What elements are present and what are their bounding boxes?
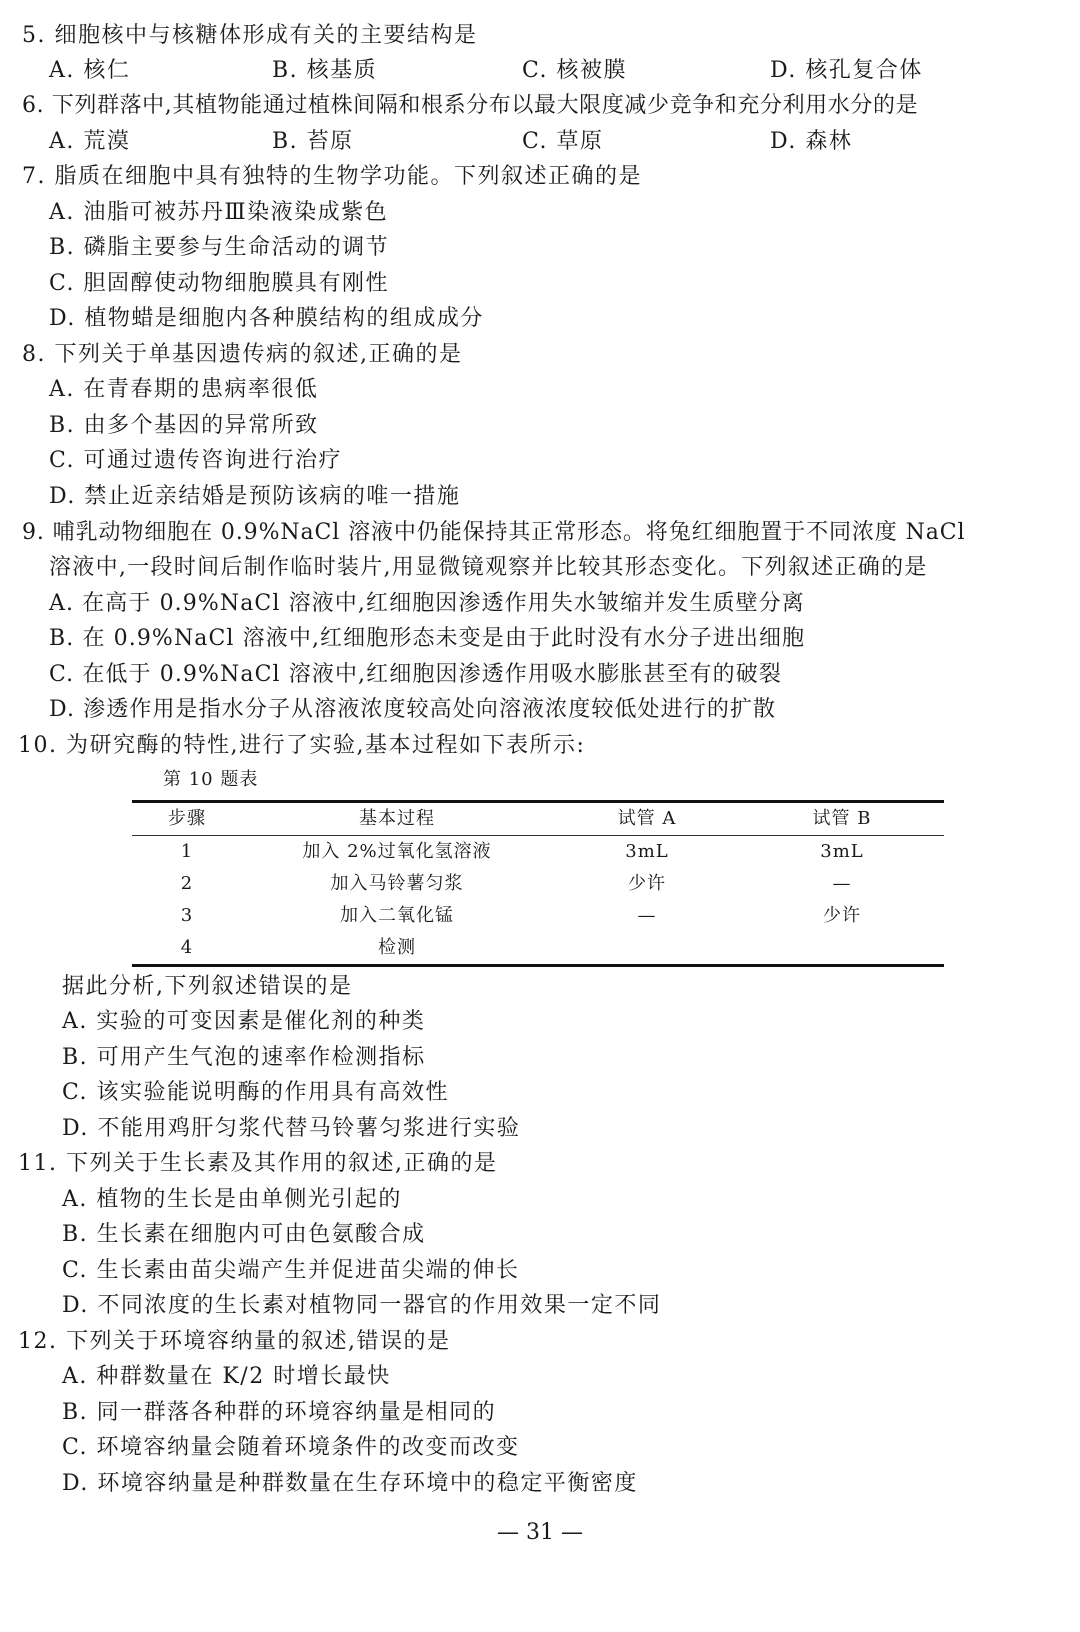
question-8-option-d: D. 禁止近亲结婚是预防该病的唯一措施 <box>49 482 460 512</box>
question-7-option-b: B. 磷脂主要参与生命活动的调节 <box>49 233 389 263</box>
question-11-option-d: D. 不同浓度的生长素对植物同一器官的作用效果一定不同 <box>62 1291 661 1321</box>
question-10-option-b: B. 可用产生气泡的速率作检测指标 <box>62 1043 426 1073</box>
exam-page: 5. 细胞核中与核糖体形成有关的主要结构是 A. 核仁 B. 核基质 C. 核被… <box>0 0 1080 1632</box>
option-c: C. 核被膜 <box>522 56 627 86</box>
question-11-option-b: B. 生长素在细胞内可由色氨酸合成 <box>62 1220 426 1250</box>
cell-process: 加入 2%过氧化氢溶液 <box>242 836 552 868</box>
question-8-option-b: B. 由多个基因的异常所致 <box>49 411 319 441</box>
question-9-stem-line-1: 9. 哺乳动物细胞在 0.9%NaCl 溶液中仍能保持其正常形态。将兔红细胞置于… <box>22 518 965 548</box>
table-header-row: 步骤 基本过程 试管 A 试管 B <box>132 803 944 835</box>
option-b: B. 核基质 <box>272 56 377 86</box>
question-5-stem: 5. 细胞核中与核糖体形成有关的主要结构是 <box>22 21 478 51</box>
cell-tube-b: 3mL <box>742 836 942 868</box>
table-caption: 第 10 题表 <box>163 768 258 792</box>
cell-process: 加入二氧化锰 <box>242 900 552 932</box>
option-b: B. 苔原 <box>272 127 354 157</box>
option-a: A. 荒漠 <box>49 127 130 157</box>
question-10-option-a: A. 实验的可变因素是催化剂的种类 <box>62 1007 425 1037</box>
question-7-option-d: D. 植物蜡是细胞内各种膜结构的组成成分 <box>49 304 484 334</box>
cell-step: 3 <box>132 900 242 932</box>
question-6-options: A. 荒漠 B. 苔原 C. 草原 D. 森林 <box>0 127 1080 157</box>
cell-tube-a: — <box>552 900 742 932</box>
question-12-stem: 12. 下列关于环境容纳量的叙述,错误的是 <box>18 1327 450 1357</box>
table-row: 4 检测 <box>132 932 944 964</box>
cell-process: 检测 <box>242 932 552 964</box>
page-number: — 31 — <box>0 1518 1080 1548</box>
question-7-option-a: A. 油脂可被苏丹Ⅲ染液染成紫色 <box>49 198 388 228</box>
table-row: 1 加入 2%过氧化氢溶液 3mL 3mL <box>132 836 944 868</box>
question-10-stem: 10. 为研究酶的特性,进行了实验,基本过程如下表所示: <box>18 731 585 761</box>
question-11-stem: 11. 下列关于生长素及其作用的叙述,正确的是 <box>18 1149 497 1179</box>
question-8-option-a: A. 在青春期的患病率很低 <box>49 375 318 405</box>
question-12-option-c: C. 环境容纳量会随着环境条件的改变而改变 <box>62 1433 520 1463</box>
option-d: D. 森林 <box>770 127 852 157</box>
table-row: 3 加入二氧化锰 — 少许 <box>132 900 944 932</box>
cell-process: 加入马铃薯匀浆 <box>242 868 552 900</box>
question-7-option-c: C. 胆固醇使动物细胞膜具有刚性 <box>49 269 389 299</box>
question-10-option-c: C. 该实验能说明酶的作用具有高效性 <box>62 1078 449 1108</box>
option-a: A. 核仁 <box>49 56 130 86</box>
question-8-stem: 8. 下列关于单基因遗传病的叙述,正确的是 <box>22 340 462 370</box>
option-c: C. 草原 <box>522 127 604 157</box>
question-10-sub-stem: 据此分析,下列叙述错误的是 <box>62 972 353 1002</box>
question-9-option-d: D. 渗透作用是指水分子从溶液浓度较高处向溶液浓度较低处进行的扩散 <box>49 695 776 725</box>
question-12-option-d: D. 环境容纳量是种群数量在生存环境中的稳定平衡密度 <box>62 1469 638 1499</box>
cell-tube-b: — <box>742 868 942 900</box>
cell-step: 2 <box>132 868 242 900</box>
table-row: 2 加入马铃薯匀浆 少许 — <box>132 868 944 900</box>
question-11-option-a: A. 植物的生长是由单侧光引起的 <box>62 1185 402 1215</box>
cell-step: 4 <box>132 932 242 964</box>
cell-step: 1 <box>132 836 242 868</box>
question-10-option-d: D. 不能用鸡肝匀浆代替马铃薯匀浆进行实验 <box>62 1114 520 1144</box>
question-9-option-b: B. 在 0.9%NaCl 溶液中,红细胞形态未变是由于此时没有水分子进出细胞 <box>49 624 805 654</box>
question-8-option-c: C. 可通过遗传咨询进行治疗 <box>49 446 342 476</box>
cell-tube-a: 少许 <box>552 868 742 900</box>
question-9-option-c: C. 在低于 0.9%NaCl 溶液中,红细胞因渗透作用吸水膨胀甚至有的破裂 <box>49 660 782 690</box>
header-step: 步骤 <box>132 803 242 835</box>
question-5-options: A. 核仁 B. 核基质 C. 核被膜 D. 核孔复合体 <box>0 56 1080 86</box>
question-9-option-a: A. 在高于 0.9%NaCl 溶液中,红细胞因渗透作用失水皱缩并发生质壁分离 <box>49 589 805 619</box>
header-tube-a: 试管 A <box>552 803 742 835</box>
cell-tube-b: 少许 <box>742 900 942 932</box>
header-tube-b: 试管 B <box>742 803 942 835</box>
cell-tube-a: 3mL <box>552 836 742 868</box>
question-9-stem-line-2: 溶液中,一段时间后制作临时装片,用显微镜观察并比较其形态变化。下列叙述正确的是 <box>49 553 928 583</box>
question-11-option-c: C. 生长素由苗尖端产生并促进苗尖端的伸长 <box>62 1256 520 1286</box>
question-12-option-a: A. 种群数量在 K/2 时增长最快 <box>62 1362 391 1392</box>
experiment-table: 步骤 基本过程 试管 A 试管 B 1 加入 2%过氧化氢溶液 3mL 3mL … <box>132 800 944 967</box>
question-7-stem: 7. 脂质在细胞中具有独特的生物学功能。下列叙述正确的是 <box>22 162 642 192</box>
table-bottom-rule <box>132 964 944 967</box>
header-process: 基本过程 <box>242 803 552 835</box>
option-d: D. 核孔复合体 <box>770 56 923 86</box>
question-6-stem: 6. 下列群落中,其植物能通过植株间隔和根系分布以最大限度减少竞争和充分利用水分… <box>22 91 918 121</box>
question-12-option-b: B. 同一群落各种群的环境容纳量是相同的 <box>62 1398 496 1428</box>
